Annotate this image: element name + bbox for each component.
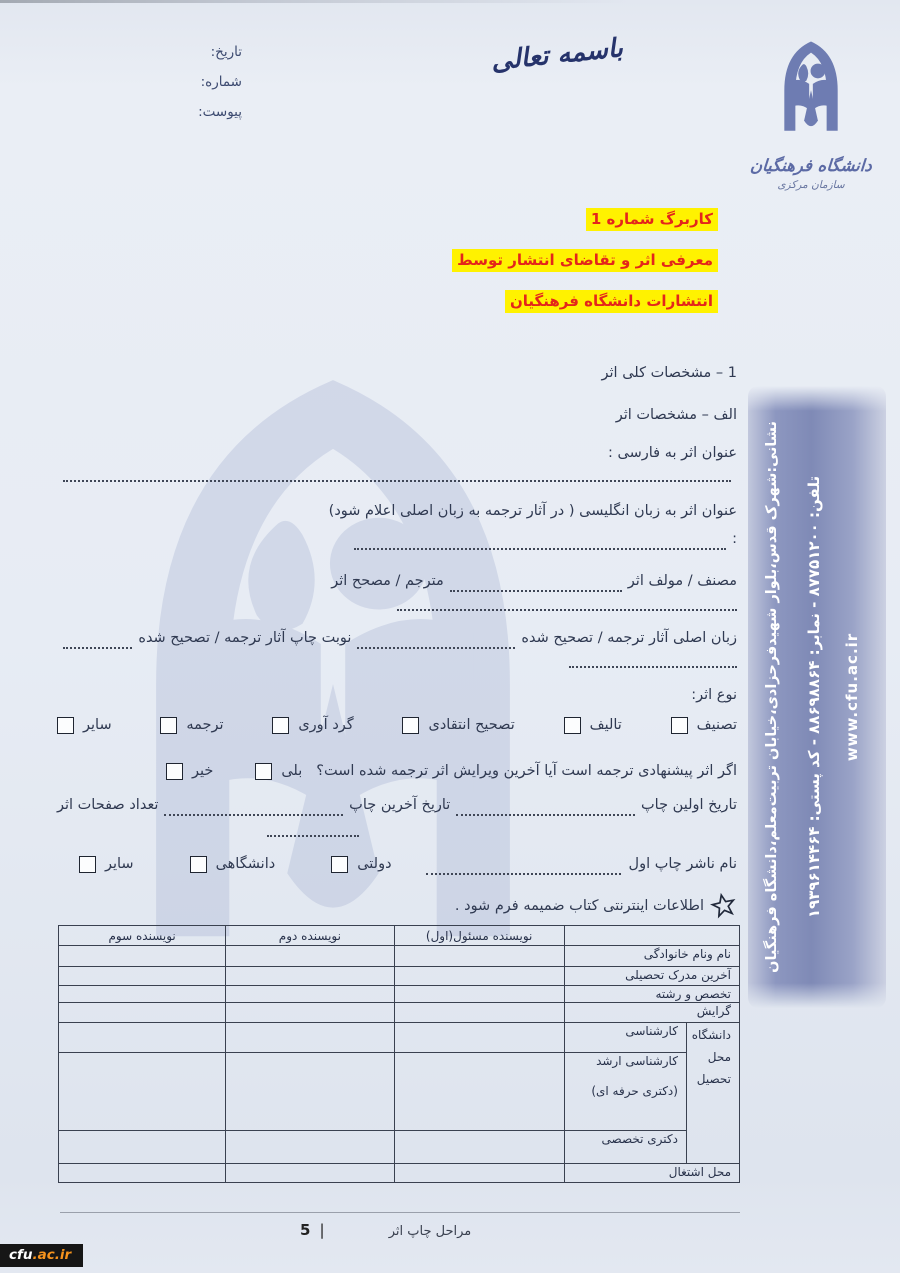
author-label: مصنف / مولف اثر — [628, 570, 737, 592]
form-title-block: کاربرگ شماره 1 معرفی اثر و تقاضای انتشار… — [430, 208, 718, 331]
title-fa-label: عنوان اثر به فارسی : — [608, 442, 737, 464]
author-fill-line[interactable] — [450, 579, 622, 592]
checkbox-critical-edition[interactable] — [402, 717, 419, 734]
table-row: تخصص و رشته — [59, 986, 740, 1003]
table-cell-empty[interactable] — [394, 1023, 564, 1053]
publisher-label: نام ناشر چاپ اول — [629, 853, 737, 875]
table-cell-empty[interactable] — [59, 1003, 226, 1023]
table-cell-empty[interactable] — [226, 1164, 394, 1183]
education-group-line: تحصیل — [695, 1068, 731, 1090]
table-cell-empty[interactable] — [226, 1023, 394, 1053]
type-option-critical-edition: تصحیح انتقادی — [428, 714, 514, 736]
badge-prefix: cfu — [9, 1247, 33, 1263]
table-cell-empty[interactable] — [394, 946, 564, 967]
master-label: کارشناسی ارشد — [573, 1054, 678, 1068]
subsection-title: الف – مشخصات اثر — [616, 404, 737, 426]
table-cell-empty[interactable] — [394, 1003, 564, 1023]
colon-mark: : — [732, 528, 737, 550]
title-en-fill-line[interactable] — [354, 537, 726, 550]
page-count-fill-line[interactable] — [267, 824, 359, 837]
table-cell-empty[interactable] — [226, 1131, 394, 1164]
page-count-label: تعداد صفحات اثر — [57, 794, 159, 816]
row-label-phd: دکتری تخصصی — [564, 1131, 686, 1164]
university-logo-block: دانشگاه فرهنگیان سازمان مرکزی — [733, 26, 889, 191]
table-cell-empty[interactable] — [59, 946, 226, 967]
checkbox-tasnif[interactable] — [671, 717, 688, 734]
type-option-talif: تالیف — [590, 714, 622, 736]
checkbox-no[interactable] — [166, 763, 183, 780]
table-cell-empty[interactable] — [59, 1164, 226, 1183]
first-print-label: تاریخ اولین چاپ — [641, 794, 737, 816]
yes-label: بلی — [281, 760, 302, 782]
address-sidebar-band: نشانی:شهرک قدس،بلوار شهیدفرحزادی،خیابان … — [748, 386, 886, 1008]
publisher-fill-line[interactable] — [426, 862, 621, 875]
table-row: گرایش — [59, 1003, 740, 1023]
table-header-row: نویسنده مسئول(اول) نویسنده دوم نویسنده س… — [59, 926, 740, 946]
type-option-other: سایر — [83, 714, 112, 736]
form-title-line-1: کاربرگ شماره 1 — [586, 208, 718, 231]
scan-edge-artifact — [0, 0, 630, 3]
table-cell-empty[interactable] — [394, 1164, 564, 1183]
table-cell-empty[interactable] — [226, 1003, 394, 1023]
checkbox-type-other[interactable] — [57, 717, 74, 734]
professional-doctorate-label: (دکتری حرفه ای) — [573, 1084, 678, 1098]
checkbox-translation[interactable] — [160, 717, 177, 734]
original-language-fill-line[interactable] — [357, 636, 515, 649]
page-number-block: 5 | — [300, 1221, 325, 1239]
table-cell-empty[interactable] — [226, 986, 394, 1003]
no-label: خیر — [192, 760, 213, 782]
publisher-option-academic: دانشگاهی — [216, 853, 276, 875]
table-cell-empty[interactable] — [59, 1053, 226, 1131]
table-row: نام ونام خانوادگی — [59, 946, 740, 967]
table-row: دانشگاه محل تحصیل کارشناسی — [59, 1023, 740, 1053]
row-label-orientation: گرایش — [564, 1003, 739, 1023]
cfu-site-badge: cfu .ac.ir — [0, 1244, 83, 1267]
last-print-label: تاریخ آخرین چاپ — [349, 794, 450, 816]
table-row: دکتری تخصصی — [59, 1131, 740, 1164]
table-cell-empty[interactable] — [59, 1131, 226, 1164]
type-option-tasnif: تصنیف — [697, 714, 737, 736]
table-row: کارشناسی ارشد (دکتری حرفه ای) — [59, 1053, 740, 1131]
education-group-line: محل — [695, 1046, 731, 1068]
reprint-fill-line-2[interactable] — [569, 655, 737, 668]
date-label: تاریخ: — [158, 44, 242, 60]
checkbox-governmental[interactable] — [331, 856, 348, 873]
row-label-master: کارشناسی ارشد (دکتری حرفه ای) — [564, 1053, 686, 1131]
basmala-calligraphy: باسمه تعالی — [451, 29, 663, 81]
section-title: 1 – مشخصات کلی اثر — [602, 362, 737, 384]
table-cell-empty[interactable] — [226, 967, 394, 986]
translator-fill-line[interactable] — [397, 598, 737, 611]
table-cell-empty[interactable] — [59, 967, 226, 986]
education-group-label: دانشگاه محل تحصیل — [686, 1023, 739, 1164]
star-icon — [710, 892, 737, 919]
row-label-last-degree: آخرین مدرک تحصیلی — [564, 967, 739, 986]
badge-suffix: .ac.ir — [33, 1247, 72, 1263]
header-second-author: نویسنده دوم — [226, 926, 394, 946]
education-group-line: دانشگاه — [695, 1024, 731, 1046]
checkbox-academic[interactable] — [190, 856, 207, 873]
university-name: دانشگاه فرهنگیان — [732, 156, 889, 175]
work-type-label: نوع اثر: — [691, 684, 737, 706]
checkbox-talif[interactable] — [564, 717, 581, 734]
row-label-bachelor: کارشناسی — [564, 1023, 686, 1053]
authors-table: نویسنده مسئول(اول) نویسنده دوم نویسنده س… — [58, 925, 740, 1183]
publisher-option-governmental: دولتی — [357, 853, 391, 875]
table-cell-empty[interactable] — [394, 1131, 564, 1164]
internet-note: اطلاعات اینترنتی کتاب ضمیمه فرم شود . — [455, 895, 704, 917]
form-title-line-2: معرفی اثر و تقاضای انتشار توسط — [452, 249, 718, 272]
footer-divider-line — [60, 1212, 740, 1213]
website-text: www.cfu.ac.ir — [843, 633, 861, 761]
form-title-line-3: انتشارات دانشگاه فرهنگیان — [505, 290, 718, 313]
work-details-form: 1 – مشخصات کلی اثر الف – مشخصات اثر عنوا… — [57, 358, 737, 919]
organization-name: سازمان مرکزی — [733, 179, 889, 191]
table-cell-empty[interactable] — [226, 1053, 394, 1131]
title-fa-fill-line[interactable] — [63, 469, 731, 482]
checkbox-compilation[interactable] — [272, 717, 289, 734]
table-cell-empty[interactable] — [394, 967, 564, 986]
header-blank-cell — [564, 926, 739, 946]
table-cell-empty[interactable] — [59, 1023, 226, 1053]
table-row: آخرین مدرک تحصیلی — [59, 967, 740, 986]
page-number-divider: | — [319, 1221, 324, 1239]
header-responsible-author: نویسنده مسئول(اول) — [394, 926, 564, 946]
header-third-author: نویسنده سوم — [59, 926, 226, 946]
table-cell-empty[interactable] — [226, 946, 394, 967]
translation-question: اگر اثر پیشنهادی ترجمه است آیا آخرین ویر… — [316, 760, 737, 782]
row-label-employment: محل اشتغال — [564, 1164, 739, 1183]
row-label-full-name: نام ونام خانوادگی — [564, 946, 739, 967]
scanned-form-page: تاریخ: شماره: پیوست: باسمه تعالی دانشگاه… — [0, 0, 900, 1273]
checkbox-yes[interactable] — [255, 763, 272, 780]
table-cell-empty[interactable] — [394, 986, 564, 1003]
publisher-option-other: سایر — [105, 853, 134, 875]
checkbox-publisher-other[interactable] — [79, 856, 96, 873]
table-cell-empty[interactable] — [394, 1053, 564, 1131]
row-label-specialty: تخصص و رشته — [564, 986, 739, 1003]
original-language-label: زبان اصلی آثار ترجمه / تصحیح شده — [521, 627, 737, 649]
number-label: شماره: — [158, 74, 242, 90]
table-cell-empty[interactable] — [59, 986, 226, 1003]
type-option-translation: ترجمه — [186, 714, 223, 736]
attachment-label: پیوست: — [158, 104, 242, 120]
reprint-fill-line[interactable] — [63, 636, 132, 649]
first-print-fill-line[interactable] — [456, 803, 635, 816]
university-emblem-icon — [765, 26, 857, 150]
translator-label: مترجم / مصحح اثر — [331, 570, 444, 592]
type-option-compilation: گرد آوری — [298, 714, 353, 736]
contact-text: تلفن: ۸۷۷۵۱۲۰۰ - نمابر: ۸۸۶۹۸۸۶۴ - کد پس… — [805, 476, 823, 918]
table-row: محل اشتغال — [59, 1164, 740, 1183]
address-text: نشانی:شهرک قدس،بلوار شهیدفرحزادی،خیابان … — [764, 421, 780, 973]
title-en-label: عنوان اثر به زبان انگلیسی ( در آثار ترجم… — [329, 500, 737, 522]
page-number: 5 — [300, 1221, 310, 1239]
reprint-label: نوبت چاپ آثار ترجمه / تصحیح شده — [138, 627, 351, 649]
last-print-fill-line[interactable] — [164, 803, 343, 816]
footer-caption: مراحل چاپ اثر — [378, 1224, 482, 1239]
letterhead-meta: تاریخ: شماره: پیوست: — [158, 44, 242, 134]
